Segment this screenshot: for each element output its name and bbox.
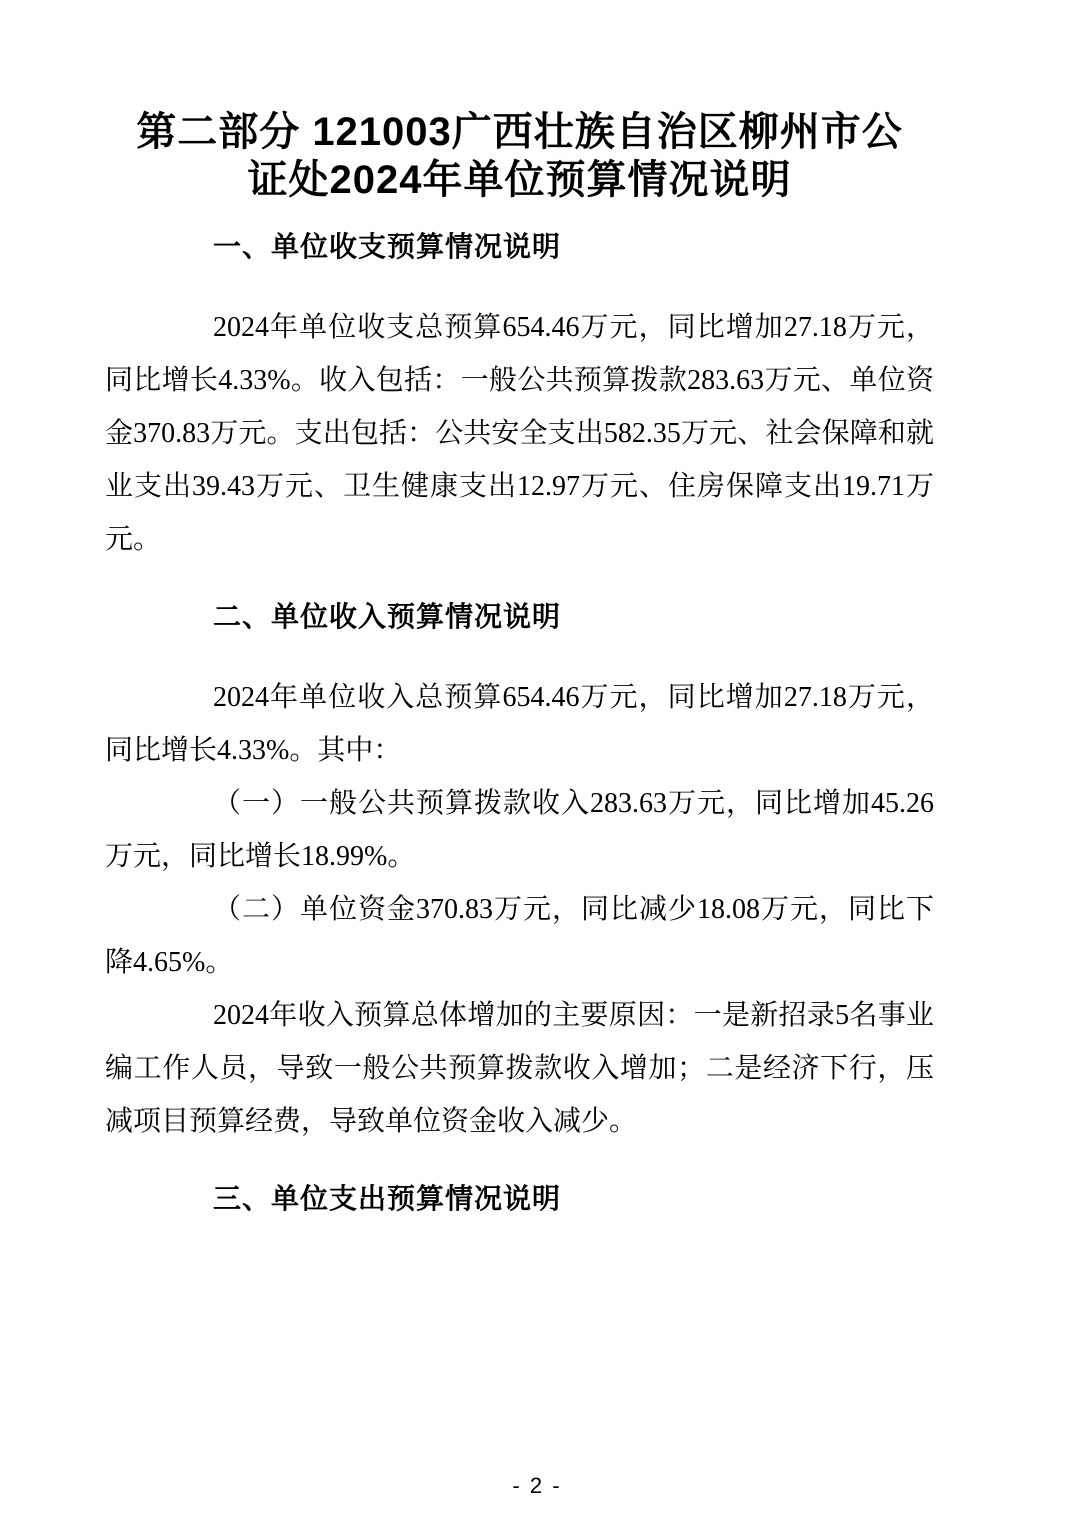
section-3-heading: 三、单位支出预算情况说明: [105, 1183, 934, 1215]
section-1-heading: 一、单位收支预算情况说明: [105, 231, 934, 263]
section-1-paragraph-1: 2024年单位收支总预算654.46万元，同比增加27.18万元，同比增长4.3…: [105, 301, 934, 566]
document-title-line-1: 第二部分 121003广西壮族自治区柳州市公: [105, 108, 934, 156]
document-title: 第二部分 121003广西壮族自治区柳州市公 证处2024年单位预算情况说明: [105, 108, 934, 204]
page-number: - 2 -: [0, 1474, 1074, 1498]
section-2-paragraph-1: 2024年单位收入总预算654.46万元，同比增加27.18万元，同比增长4.3…: [105, 671, 934, 777]
section-2-paragraph-2: （一）一般公共预算拨款收入283.63万元，同比增加45.26万元，同比增长18…: [105, 777, 934, 883]
section-2-paragraph-3: （二）单位资金370.83万元，同比减少18.08万元，同比下降4.65%。: [105, 883, 934, 989]
document-title-line-2: 证处2024年单位预算情况说明: [105, 156, 934, 204]
document-page: 第二部分 121003广西壮族自治区柳州市公 证处2024年单位预算情况说明 一…: [0, 0, 1074, 1520]
section-2-heading: 二、单位收入预算情况说明: [105, 601, 934, 633]
section-2-paragraph-4: 2024年收入预算总体增加的主要原因：一是新招录5名事业编工作人员，导致一般公共…: [105, 989, 934, 1148]
